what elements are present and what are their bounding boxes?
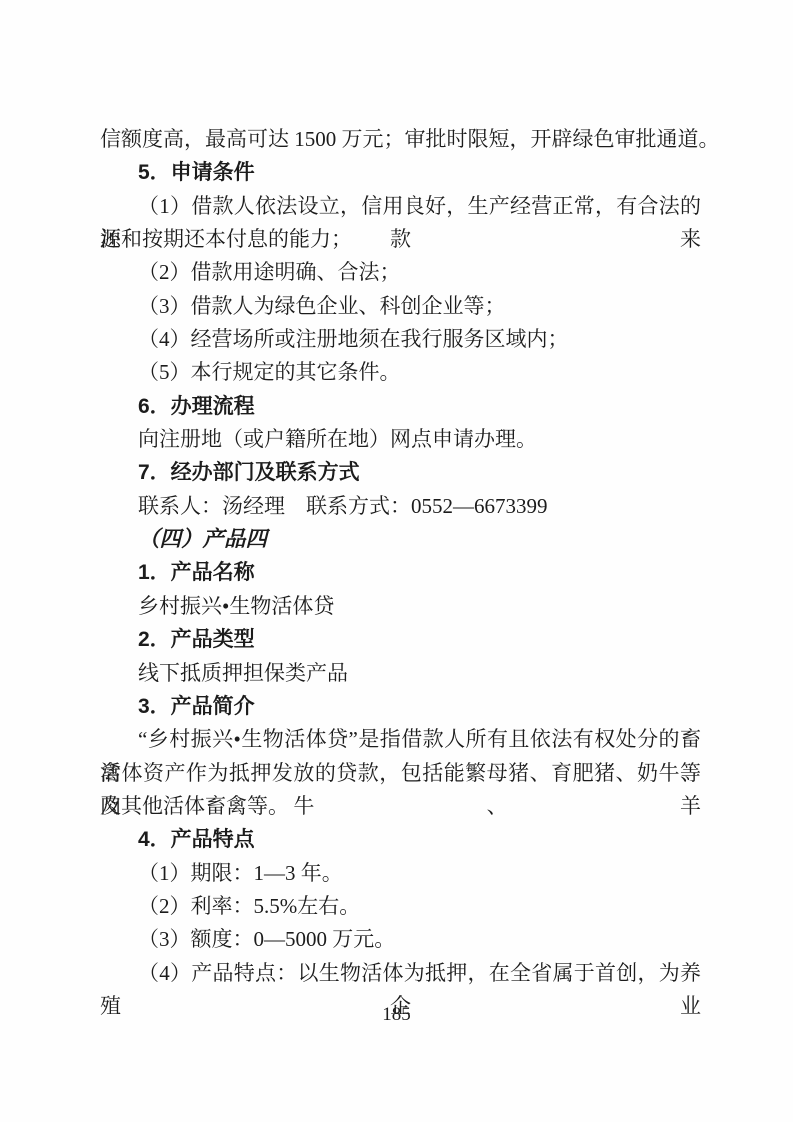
section-title-product-4: （四）产品四 — [100, 523, 701, 556]
text-line: 活体资产作为抵押发放的贷款，包括能繁母猪、育肥猪、奶牛、肉牛、羊 — [100, 757, 701, 790]
text-line: 向注册地（或户籍所在地）网点申请办理。 — [100, 423, 701, 456]
document-page: 信额度高，最高可达 1500 万元；审批时限短，开辟绿色审批通道。 5．申请条件… — [0, 0, 793, 1122]
heading-process: 6．办理流程 — [100, 390, 701, 423]
heading-product-intro: 3．产品简介 — [100, 690, 701, 723]
document-body: 信额度高，最高可达 1500 万元；审批时限短，开辟绿色审批通道。 5．申请条件… — [100, 123, 701, 990]
text-line: 信额度高，最高可达 1500 万元；审批时限短，开辟绿色审批通道。 — [100, 123, 701, 156]
text-line-contact-info: 联系人：汤经理 联系方式：0552—6673399 — [100, 490, 701, 523]
text-line: （1）期限：1—3 年。 — [100, 857, 701, 890]
text-line: （2）利率：5.5%左右。 — [100, 890, 701, 923]
text-line-product-type: 线下抵质押担保类产品 — [100, 657, 701, 690]
text-line: （5）本行规定的其它条件。 — [100, 356, 701, 389]
text-line: “乡村振兴•生物活体贷”是指借款人所有且依法有权处分的畜禽等 — [100, 723, 701, 756]
text-line: （4）经营场所或注册地须在我行服务区域内； — [100, 323, 701, 356]
text-line: （2）借款用途明确、合法； — [100, 256, 701, 289]
heading-contact: 7．经办部门及联系方式 — [100, 456, 701, 489]
text-line: （4）产品特点：以生物活体为抵押，在全省属于首创，为养殖企业 — [100, 957, 701, 990]
heading-apply-conditions: 5．申请条件 — [100, 156, 701, 189]
heading-product-name: 1．产品名称 — [100, 556, 701, 589]
heading-product-features: 4．产品特点 — [100, 823, 701, 856]
heading-product-type: 2．产品类型 — [100, 623, 701, 656]
text-line: （3）额度：0—5000 万元。 — [100, 923, 701, 956]
text-line: （3）借款人为绿色企业、科创企业等； — [100, 290, 701, 323]
page-number: 185 — [0, 1002, 793, 1028]
text-line: （1）借款人依法设立，信用良好，生产经营正常，有合法的还款来 — [100, 190, 701, 223]
text-line-product-name: 乡村振兴•生物活体贷 — [100, 590, 701, 623]
